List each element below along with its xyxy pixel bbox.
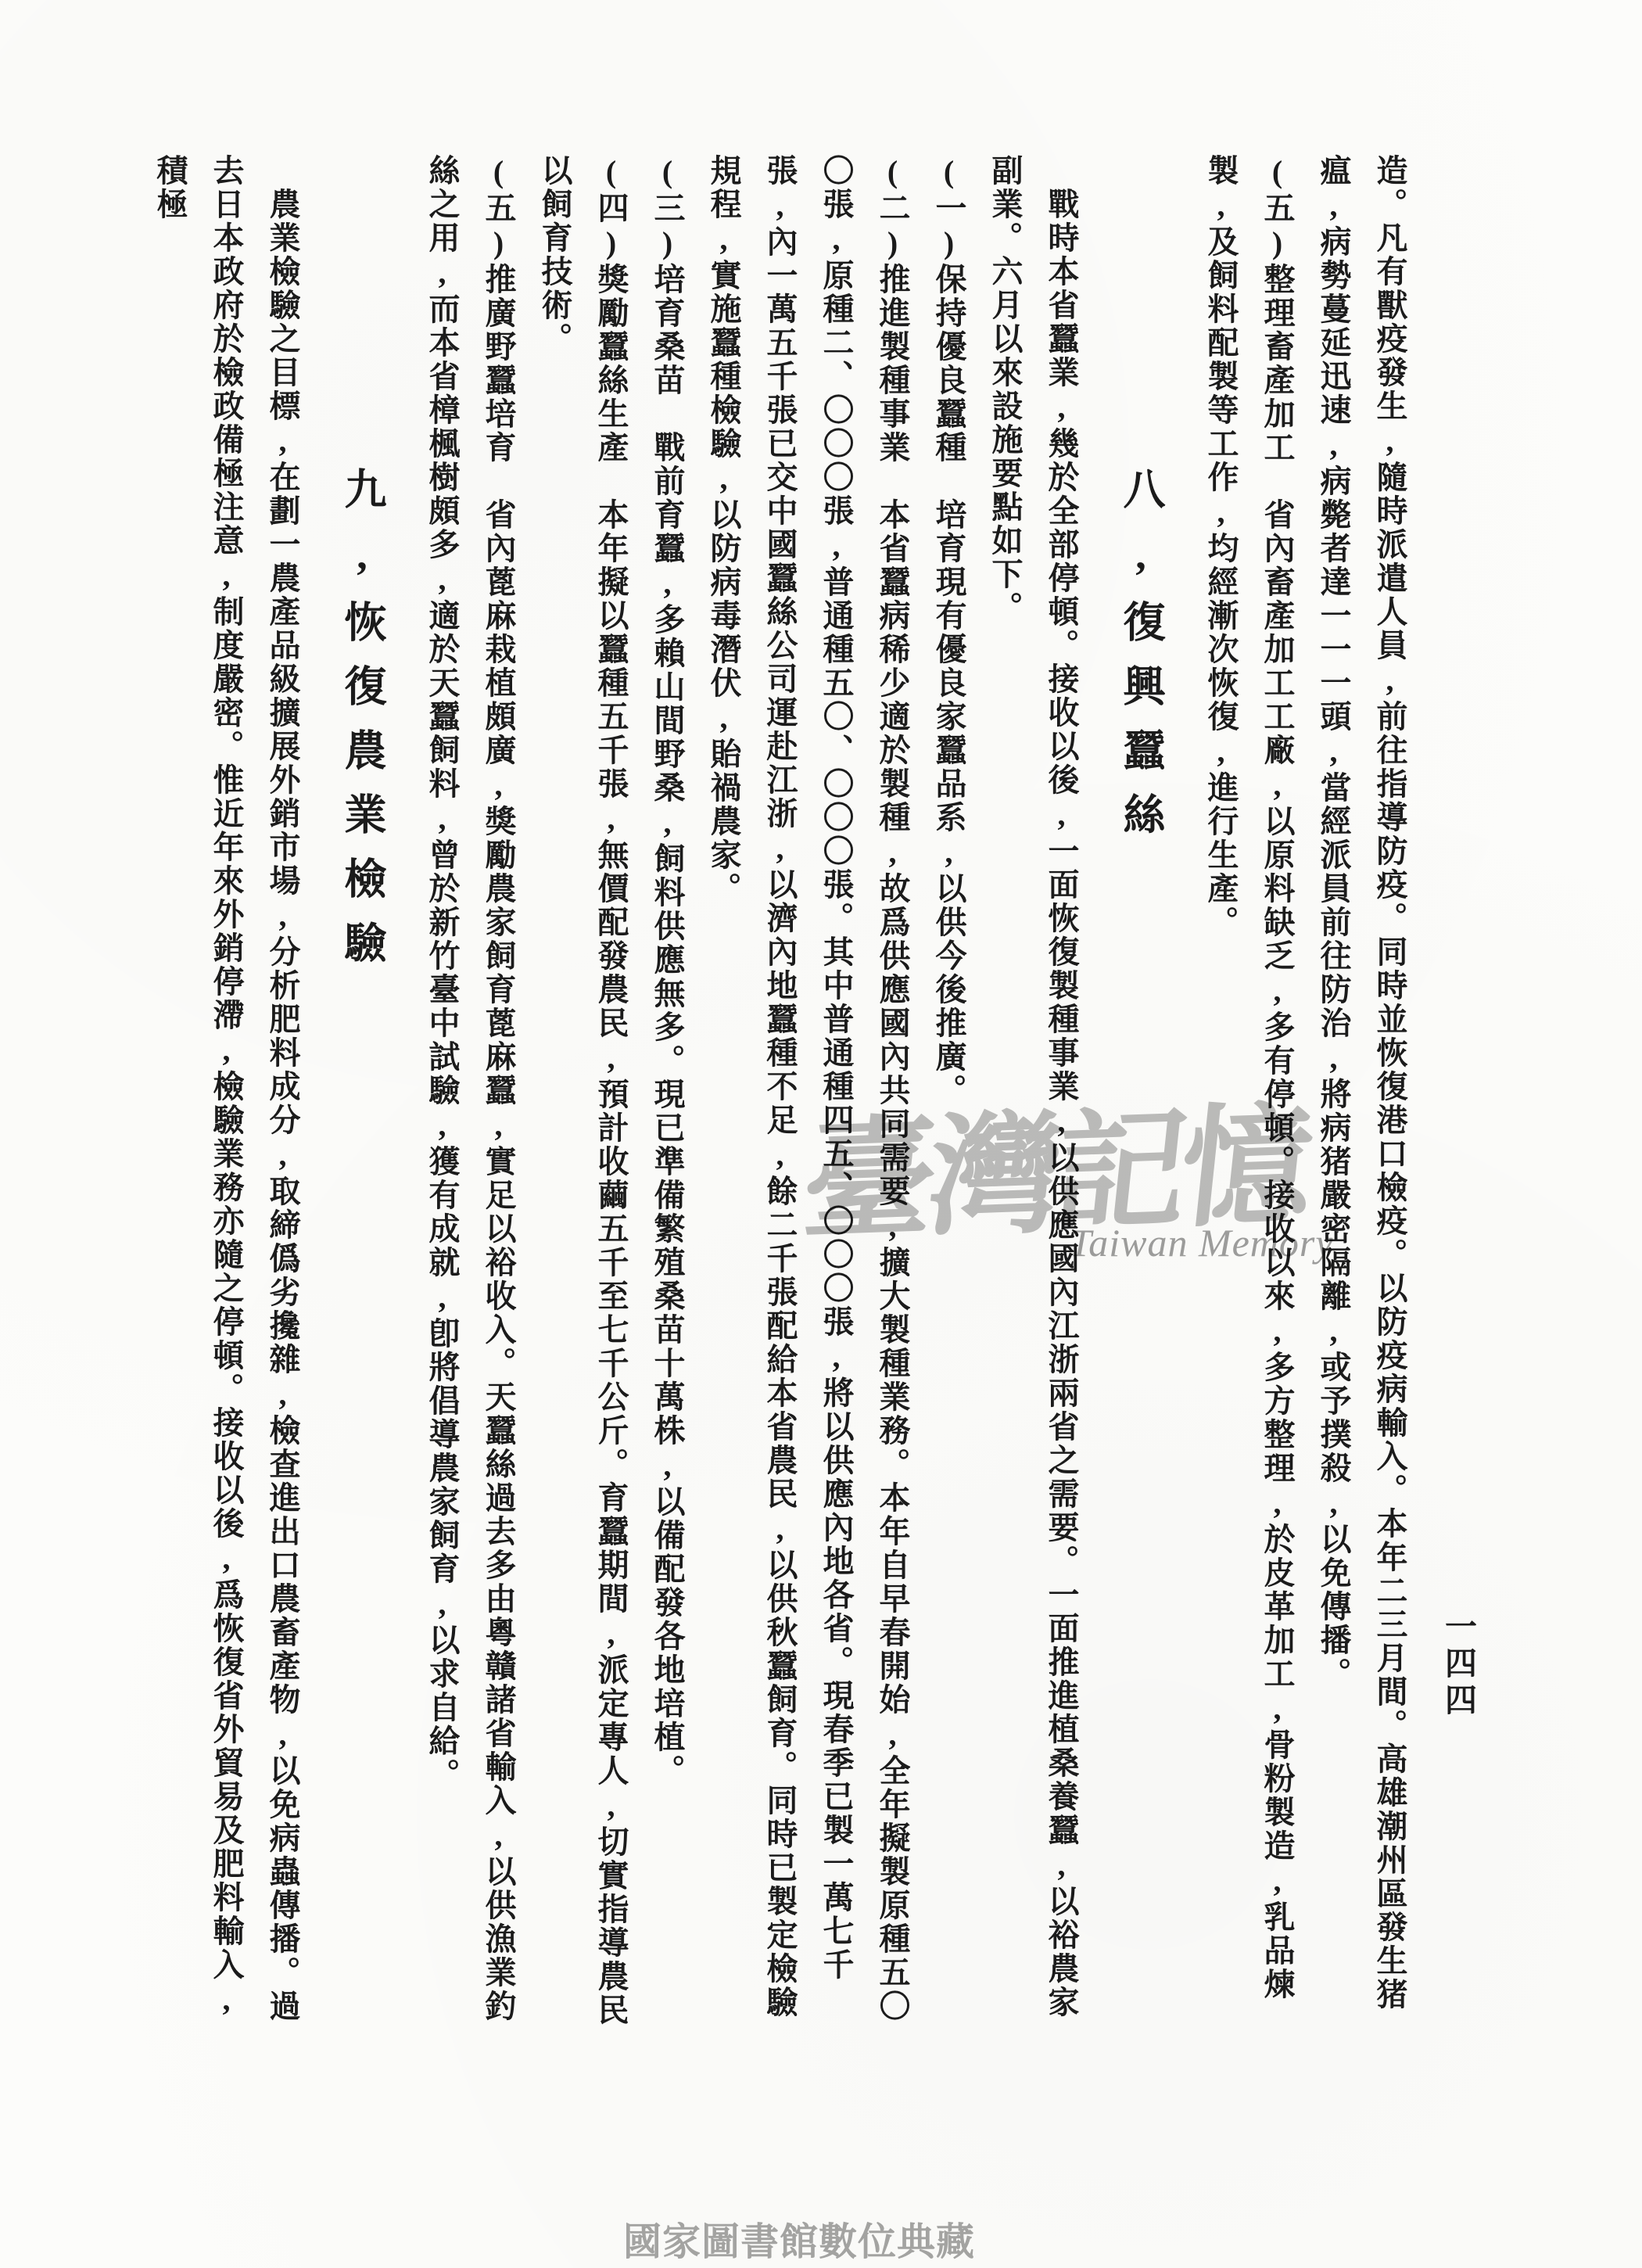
text-paragraph: (二)推進製種事業 本省蠶病稀少適於製種,故爲供應國內共同需要,擴大製種業務。本… — [695, 154, 920, 2037]
text-paragraph: (三)培育桑苗 戰前育蠶,多賴山間野桑,飼料供應無多。現已準備繁殖桑苗十萬株,以… — [639, 154, 695, 2037]
national-central-library-watermark: 國家圖書館數位典藏 — [623, 2212, 975, 2266]
text-paragraph: (五)推廣野蠶培育 省內蓖麻栽植頗廣,獎勵農家飼育蓖麻蠶,實足以裕收入。天蠶絲過… — [414, 154, 526, 2037]
section-heading: 九,恢復農業檢驗 — [334, 154, 390, 2037]
text-paragraph: (四)獎勵蠶絲生產 本年擬以蠶種五千張,無價配發農民,預計收繭五千至七千公斤。育… — [526, 154, 639, 2037]
taiwan-memory-english-watermark: Taiwan Memory — [1070, 1220, 1334, 1265]
page-number: 一四四 — [1436, 1609, 1482, 1720]
text-paragraph: 戰時本省蠶業,幾於全部停頓。接收以後,一面恢復製種事業,以供應國內江浙兩省之需要… — [977, 154, 1089, 2037]
text-paragraph: (一)保持優良蠶種 培育現有優良家蠶品系,以供今後推廣。 — [920, 154, 977, 2037]
text-paragraph: 農業檢驗之目標,在劃一農產品級擴展外銷市場,分析肥料成分,取締僞劣攙雜,檢查進出… — [142, 154, 310, 2037]
